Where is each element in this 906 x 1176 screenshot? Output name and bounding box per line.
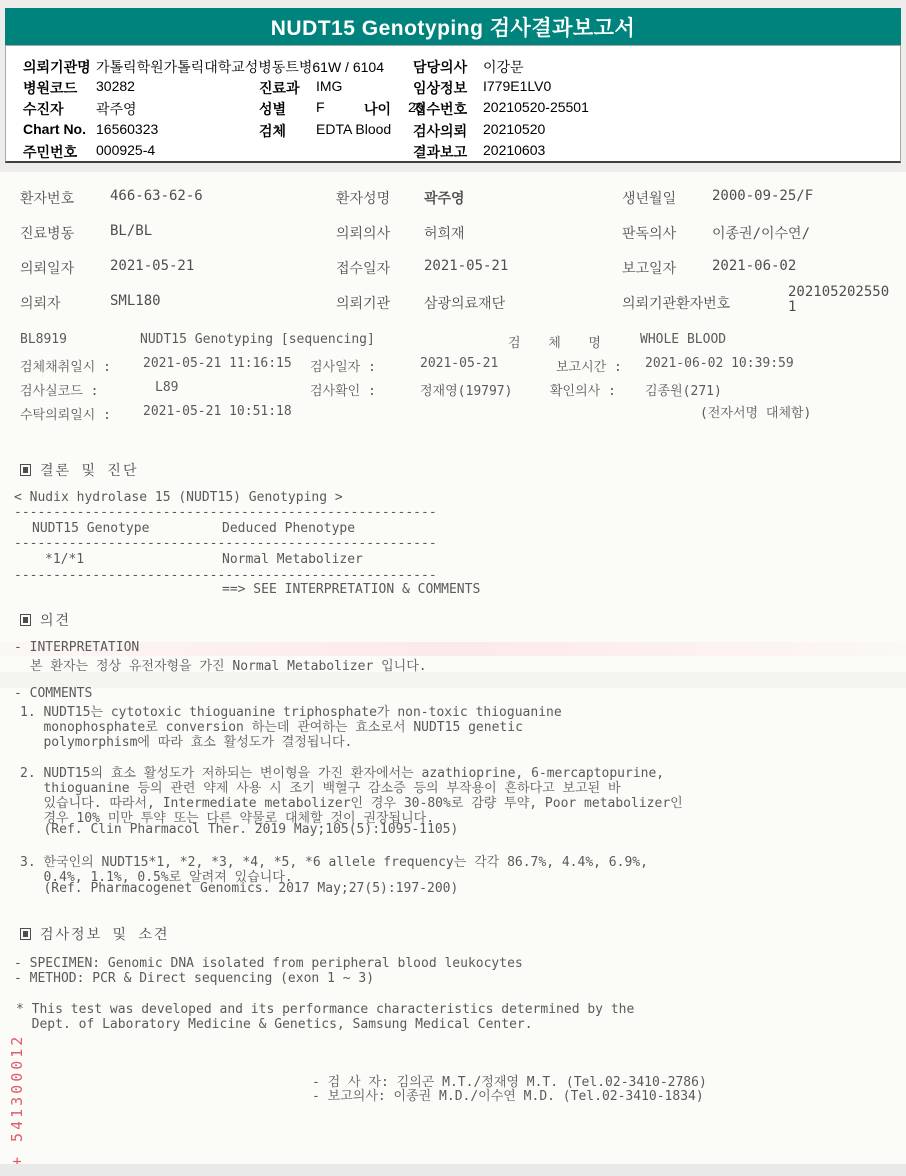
lab-report-page: { "colors": { "accent": "#00837c", "side… bbox=[0, 0, 906, 1176]
receipt-no-label: 접수번호 bbox=[413, 99, 467, 119]
requester-value: SML180 bbox=[110, 293, 161, 309]
sex-value: F bbox=[316, 99, 325, 115]
resident-no-value: 000925-4 bbox=[96, 142, 155, 158]
scanned-report-body: 환자번호 466-63-62-6 환자성명 곽주영 생년월일 2000-09-2… bbox=[0, 172, 906, 1164]
disclaimer-line: * This test was developed and its perfor… bbox=[16, 1002, 634, 1017]
test-name: NUDT15 Genotyping [sequencing] bbox=[140, 332, 375, 347]
result-report-date-label: 결과보고 bbox=[413, 142, 467, 162]
opinion-section-title: 의견 bbox=[40, 610, 71, 630]
genotype-result-value: *1/*1 bbox=[45, 552, 84, 567]
org-patient-no-value: 2021052025501 bbox=[788, 285, 890, 315]
genotyping-subtitle: < Nudix hydrolase 15 (NUDT15) Genotyping… bbox=[14, 490, 343, 505]
reading-doctor-value: 이종권/이수연/ bbox=[712, 223, 810, 243]
section-square-icon bbox=[20, 464, 31, 476]
request-date-label: 의뢰일자 bbox=[20, 258, 74, 278]
interpretation-body: 본 환자는 정상 유전자형을 가진 Normal Metabolizer 입니다… bbox=[30, 655, 427, 674]
doctor-label: 담당의사 bbox=[413, 57, 467, 77]
report-time-label: 보고시간 : bbox=[556, 356, 622, 375]
consign-datetime-value: 2021-05-21 10:51:18 bbox=[143, 404, 292, 419]
phenotype-result-value: Normal Metabolizer bbox=[222, 552, 363, 567]
opinion-section-header: 의견 bbox=[20, 610, 71, 630]
confirm-doctor-value: 김종원(271) bbox=[645, 380, 722, 399]
org-value: 가톨릭학원가톨릭대학교성병동트병61W / 6104 bbox=[96, 57, 384, 77]
dashed-rule: ----------------------------------------… bbox=[14, 505, 437, 520]
testinfo-section-title: 검사정보 및 소견 bbox=[40, 924, 170, 944]
specimen-info-line: - SPECIMEN: Genomic DNA isolated from pe… bbox=[14, 956, 523, 971]
department-label: 진료과 bbox=[259, 78, 300, 98]
lab-code-value: L89 bbox=[155, 380, 178, 395]
testinfo-section-header: 검사정보 및 소견 bbox=[20, 924, 170, 944]
conclusion-section-title: 결론 및 진단 bbox=[40, 460, 138, 480]
specimen-label: 검체 bbox=[259, 121, 286, 141]
referring-doctor-value: 허희재 bbox=[424, 223, 465, 243]
comment1-line: polymorphism에 따라 효소 활성도가 결정됩니다. bbox=[20, 731, 352, 750]
result-report-date-value: 20210603 bbox=[483, 142, 545, 158]
examinee-label: 수진자 bbox=[23, 99, 64, 119]
birthdate-value: 2000-09-25/F bbox=[712, 188, 813, 204]
request-date-value: 2021-05-21 bbox=[110, 258, 194, 274]
chart-no-label: Chart No. bbox=[23, 121, 86, 137]
test-request-date-label: 검사의뢰 bbox=[413, 121, 467, 141]
test-date-label: 검사일자 : bbox=[310, 356, 376, 375]
hospital-code-label: 병원코드 bbox=[23, 78, 77, 98]
reading-doctor-label: 판독의사 bbox=[622, 223, 676, 243]
interpretation-title: - INTERPRETATION bbox=[14, 640, 139, 655]
org-label: 의뢰기관명 bbox=[23, 57, 91, 77]
doctor-value: 이강문 bbox=[483, 57, 524, 77]
collect-datetime-label: 검체채취일시 : bbox=[20, 356, 111, 375]
receive-date-label: 접수일자 bbox=[336, 258, 390, 278]
department-value: IMG bbox=[316, 78, 342, 94]
specimen-value: EDTA Blood bbox=[316, 121, 391, 137]
org-patient-no-label: 의뢰기관환자번호 bbox=[622, 293, 730, 313]
conclusion-section-header: 결론 및 진단 bbox=[20, 460, 138, 480]
verify-label: 검사확인 : bbox=[310, 380, 376, 399]
side-accession-code: + 541300012 bbox=[8, 1034, 26, 1166]
referring-org-value: 삼광의료재단 bbox=[424, 293, 505, 313]
page-bottom-margin bbox=[0, 1164, 906, 1176]
patient-no-value: 466-63-62-6 bbox=[110, 188, 203, 204]
comment2-reference: (Ref. Clin Pharmacol Ther. 2019 May;105(… bbox=[20, 822, 458, 837]
report-title-banner: NUDT15 Genotyping 검사결과보고서 bbox=[5, 8, 901, 45]
section-square-icon bbox=[20, 928, 31, 940]
specimen-name-value: WHOLE BLOOD bbox=[640, 332, 726, 347]
specimen-name-label: 검 체 명 bbox=[508, 332, 605, 351]
reporting-doctor-line: - 보고의사: 이종권 M.D./이수연 M.D. (Tel.02-3410-1… bbox=[312, 1085, 704, 1104]
section-square-icon bbox=[20, 614, 31, 626]
test-code: BL8919 bbox=[20, 332, 67, 347]
collect-datetime-value: 2021-05-21 11:16:15 bbox=[143, 356, 292, 371]
clinical-info-label: 임상정보 bbox=[413, 78, 467, 98]
comment3-reference: (Ref. Pharmacogenet Genomics. 2017 May;2… bbox=[20, 881, 458, 896]
consign-datetime-label: 수탁의뢰일시 : bbox=[20, 404, 111, 423]
ward-value: BL/BL bbox=[110, 223, 152, 239]
test-date-value: 2021-05-21 bbox=[420, 356, 498, 371]
hospital-code-value: 30282 bbox=[96, 78, 135, 94]
method-info-line: - METHOD: PCR & Direct sequencing (exon … bbox=[14, 971, 374, 986]
esign-note: (전자서명 대체함) bbox=[700, 402, 811, 421]
order-info-box: 의뢰기관명 가톨릭학원가톨릭대학교성병동트병61W / 6104 담당의사 이강… bbox=[5, 45, 901, 163]
patient-name-label: 환자성명 bbox=[336, 188, 390, 208]
report-date-label: 보고일자 bbox=[622, 258, 676, 278]
info-row: 수진자 곽주영 성별 F 나이 20 접수번호 20210520-25501 bbox=[6, 99, 900, 119]
patient-no-label: 환자번호 bbox=[20, 188, 74, 208]
dashed-rule: ----------------------------------------… bbox=[14, 568, 437, 583]
comments-title: - COMMENTS bbox=[14, 686, 92, 701]
genotype-column-header: NUDT15 Genotype bbox=[32, 521, 149, 536]
clinical-info-value: I779E1LV0 bbox=[483, 78, 551, 94]
resident-no-label: 주민번호 bbox=[23, 142, 77, 162]
patient-name-value: 곽주영 bbox=[424, 188, 465, 208]
report-date-value: 2021-06-02 bbox=[712, 258, 796, 274]
receipt-no-value: 20210520-25501 bbox=[483, 99, 589, 115]
info-row: 주민번호 000925-4 결과보고 20210603 bbox=[6, 142, 900, 162]
info-row: Chart No. 16560323 검체 EDTA Blood 검사의뢰 20… bbox=[6, 121, 900, 141]
receive-date-value: 2021-05-21 bbox=[424, 258, 508, 274]
age-label: 나이 bbox=[364, 99, 391, 119]
confirm-doctor-label: 확인의사 : bbox=[550, 380, 616, 399]
requester-label: 의뢰자 bbox=[20, 293, 61, 313]
test-request-date-value: 20210520 bbox=[483, 121, 545, 137]
see-comments-note: ==> SEE INTERPRETATION & COMMENTS bbox=[222, 582, 480, 597]
dashed-rule: ----------------------------------------… bbox=[14, 536, 437, 551]
lab-code-label: 검사실코드 : bbox=[20, 380, 98, 399]
examinee-value: 곽주영 bbox=[96, 99, 137, 119]
referring-org-label: 의뢰기관 bbox=[336, 293, 390, 313]
chart-no-value: 16560323 bbox=[96, 121, 158, 137]
sex-label: 성별 bbox=[259, 99, 286, 119]
referring-doctor-label: 의뢰의사 bbox=[336, 223, 390, 243]
info-row: 병원코드 30282 진료과 IMG 임상정보 I779E1LV0 bbox=[6, 78, 900, 98]
verify-value: 정재영(19797) bbox=[420, 380, 512, 399]
ward-label: 진료병동 bbox=[20, 223, 74, 243]
phenotype-column-header: Deduced Phenotype bbox=[222, 521, 355, 536]
page-title: NUDT15 Genotyping 검사결과보고서 bbox=[271, 12, 636, 42]
info-row: 의뢰기관명 가톨릭학원가톨릭대학교성병동트병61W / 6104 담당의사 이강… bbox=[6, 57, 900, 77]
scan-artifact-streak bbox=[0, 672, 906, 688]
report-time-value: 2021-06-02 10:39:59 bbox=[645, 356, 794, 371]
disclaimer-line: Dept. of Laboratory Medicine & Genetics,… bbox=[16, 1017, 533, 1032]
birthdate-label: 생년월일 bbox=[622, 188, 676, 208]
